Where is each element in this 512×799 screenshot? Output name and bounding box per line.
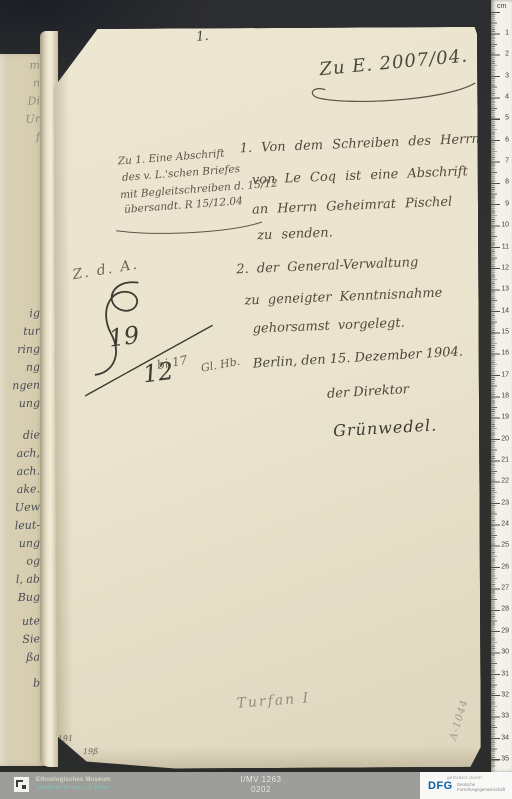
pencil-note-turfan: Turfan I — [236, 691, 310, 710]
ruler-number: 10 — [501, 222, 509, 229]
left-page-fragment: ung — [2, 397, 40, 409]
date-line: Berlin, den 15. Dezember 1904. — [253, 345, 464, 370]
signature-role: der Direktor — [327, 383, 410, 401]
letter-item2-line: gehorsamst vorgelegt. — [252, 317, 405, 336]
dfg-full-name: Deutsche Forschungsgemeinschaft — [457, 782, 505, 792]
left-page-fragment: leut- — [2, 519, 40, 531]
ruler-number: 17 — [501, 371, 509, 378]
reference-flourish — [305, 79, 480, 106]
shelfmark-page: 0202 — [176, 785, 346, 795]
left-page-fragment: tur — [2, 325, 40, 337]
left-page-fragment: ngen — [2, 379, 40, 391]
ruler-number: 24 — [501, 521, 509, 528]
shelfmark-label: I/MV 1263 0202 — [176, 775, 346, 795]
left-page-fragment: ig — [2, 307, 40, 319]
ruler-number: 7 — [505, 158, 509, 165]
letter-item2-line: zu geneigter Kenntnisnahme — [244, 287, 442, 308]
ruler-number: 8 — [505, 179, 509, 186]
left-page-fragment: og — [2, 555, 40, 567]
letter-item1-line: von Le Coq ist eine Abschrift — [252, 165, 468, 187]
left-page-fragment: n — [2, 77, 40, 89]
left-page-fragment: ake. — [2, 483, 40, 495]
ruler-number: 21 — [501, 457, 509, 464]
ruler-number: 15 — [501, 328, 509, 335]
museum-logo-icon — [14, 777, 29, 792]
ruler-number: 35 — [501, 755, 509, 762]
letter-item2-line: 2. der General-Verwaltung — [236, 256, 418, 276]
ruler-number: 32 — [501, 691, 509, 698]
ruler-number: 28 — [501, 606, 509, 613]
footer-bar: Ethnologisches Museum Staatliche Museen … — [0, 772, 512, 799]
left-page-fragment: Di — [2, 95, 40, 107]
left-page-fragment: Sie — [2, 633, 40, 645]
left-page-fragment: l, ab — [2, 573, 40, 585]
left-page-fragment: m — [2, 59, 40, 71]
ruler-number: 19 — [501, 414, 509, 421]
manuscript-page: 1. Zu E. 2007/04. Zu 1. Eine Abschrift d… — [53, 27, 481, 769]
left-page-fragment: die — [2, 429, 40, 441]
ruler-number: 33 — [501, 713, 509, 720]
ruler-number: 31 — [501, 670, 509, 677]
letter-item1-line: 1. Von dem Schreiben des Herrn — [240, 133, 481, 156]
left-page-fragment: ßa — [2, 651, 40, 663]
ruler-number: 9 — [505, 200, 509, 207]
ruler-number: 3 — [505, 72, 509, 79]
ruler-number: 34 — [501, 734, 509, 741]
ruler-number: 26 — [501, 563, 509, 570]
page-number: 1. — [196, 30, 210, 44]
bottom-left-mark: 191 — [58, 735, 73, 743]
annotation-underline — [112, 220, 267, 237]
ruler-number: 20 — [501, 435, 509, 442]
left-page-fragment: ute — [2, 615, 40, 627]
ruler-cm-ticks — [491, 12, 500, 768]
ruler-number: 13 — [501, 286, 509, 293]
margin-annotation-line: Zu 1. Eine Abschrift — [117, 149, 224, 167]
ruler-number: 16 — [501, 350, 509, 357]
ruler-number: 5 — [505, 115, 509, 122]
left-page-fragment: ung — [2, 537, 40, 549]
ruler-number: 11 — [502, 243, 509, 250]
ruler: cm 1234567891011121314151617181920212223… — [491, 0, 512, 772]
ruler-number: 30 — [501, 649, 509, 656]
ruler-number: 18 — [501, 392, 509, 399]
signature-name: Grünwedel. — [333, 417, 438, 439]
ruler-number: 1 — [505, 30, 509, 37]
ruler-number: 2 — [505, 51, 509, 58]
ruler-number: 27 — [501, 585, 509, 592]
ruler-number: 22 — [501, 478, 509, 485]
museum-parent-org: Staatliche Museen zu Berlin — [36, 785, 111, 791]
document-scan-viewport: mnDiUrfigturringngngenungdieach,ach.ake.… — [0, 0, 512, 799]
bottom-left-mark: 19ß — [83, 748, 99, 756]
pencil-note-vertical: A-1044 — [449, 698, 471, 741]
left-page-fragment: ach, — [2, 447, 40, 459]
dfg-label: gefördert durch DFG Deutsche Forschungsg… — [420, 772, 512, 799]
left-page-fragment: Ur — [2, 113, 40, 125]
left-page-fragment: f — [2, 131, 40, 143]
file-reference: Zu E. 2007/04. — [319, 47, 469, 79]
ruler-unit-label: cm — [497, 3, 506, 10]
left-page-fragment: ng — [2, 361, 40, 373]
ruler-number: 12 — [501, 264, 509, 271]
dfg-logo: DFG — [428, 780, 453, 792]
letter-item1-line: an Herrn Geheimrat Pischel — [252, 196, 453, 217]
ruler-number: 6 — [505, 136, 509, 143]
margin-annotation-line: des v. L.'schen Briefes — [122, 164, 241, 183]
ruler-number: 14 — [501, 307, 509, 314]
shelfmark-id: I/MV 1263 — [176, 775, 346, 785]
left-page-fragment: ring — [2, 343, 40, 355]
dfg-name-line2: Forschungsgemeinschaft — [457, 787, 505, 792]
letter-item1-line: zu senden. — [257, 226, 333, 242]
left-page-fragment: b — [2, 677, 40, 689]
ruler-number: 25 — [501, 542, 509, 549]
left-page-fragment: Uew — [2, 501, 40, 513]
left-page-fragment: ach. — [2, 465, 40, 477]
museum-name: Ethnologisches Museum — [36, 777, 111, 783]
left-page-fragment: Bug — [2, 591, 40, 603]
ruler-number: 23 — [501, 499, 509, 506]
ruler-number: 29 — [501, 627, 509, 634]
ruler-number: 4 — [505, 94, 509, 101]
museum-label: Ethnologisches Museum Staatliche Museen … — [14, 777, 111, 792]
